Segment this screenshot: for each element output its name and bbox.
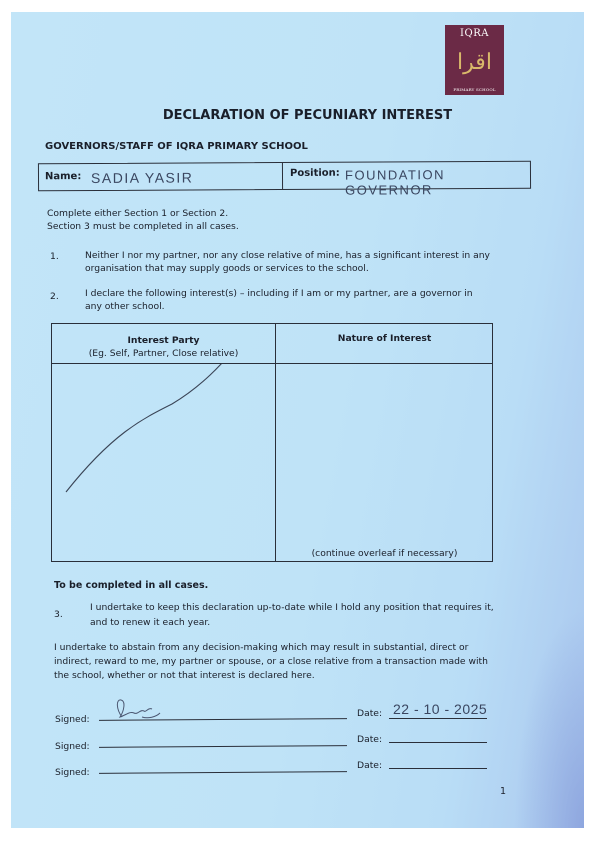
- date-field-1[interactable]: 22 - 10 - 2025: [393, 701, 487, 717]
- section-2-text-line2: any other school.: [85, 301, 165, 314]
- section-2-number: 2.: [50, 291, 59, 304]
- logo-arabic-text: اقرا: [457, 52, 492, 74]
- strike-through-line-icon: [52, 364, 274, 561]
- undertaking-line1: I undertake to abstain from any decision…: [54, 642, 468, 655]
- name-label: Name:: [45, 171, 81, 182]
- position-field[interactable]: FOUNDATION GOVERNOR: [345, 167, 530, 198]
- signed-label-2: Signed:: [55, 741, 90, 752]
- signed-label-3: Signed:: [55, 767, 90, 778]
- signature-field-1[interactable]: [112, 697, 172, 721]
- section-3-text-line2: and to renew it each year.: [90, 617, 210, 630]
- all-cases-heading: To be completed in all cases.: [54, 580, 208, 591]
- section-1-number: 1.: [50, 251, 59, 264]
- table-header-interest-party: Interest Party: [52, 335, 275, 347]
- undertaking-line3: the school, whether or not that interest…: [54, 670, 315, 683]
- document-subtitle: GOVERNORS/STAFF OF IQRA PRIMARY SCHOOL: [45, 141, 308, 152]
- logo-text-iqra: IQRA: [460, 28, 489, 39]
- table-subheader-interest-party: (Eg. Self, Partner, Close relative): [52, 348, 275, 360]
- name-box-divider: [282, 163, 283, 189]
- signed-label-1: Signed:: [55, 714, 90, 725]
- interest-party-cell[interactable]: [52, 364, 274, 561]
- section-3-number: 3.: [54, 609, 63, 622]
- undertaking-line2: indirect, reward to me, my partner or sp…: [54, 656, 488, 669]
- date-label-1: Date:: [357, 708, 382, 719]
- name-position-box: Name: SADIA YASIR Position: FOUNDATION G…: [38, 161, 531, 192]
- date-line-3[interactable]: [389, 768, 487, 769]
- section-1-text-line2: organisation that may supply goods or se…: [85, 263, 369, 276]
- document-title: DECLARATION OF PECUNIARY INTEREST: [0, 108, 595, 123]
- handwritten-signature-icon: [112, 697, 172, 721]
- date-line-2[interactable]: [389, 742, 487, 743]
- date-label-3: Date:: [357, 760, 382, 771]
- interest-table: Interest Party (Eg. Self, Partner, Close…: [51, 323, 493, 562]
- section-1-text-line1: Neither I nor my partner, nor any close …: [85, 250, 490, 263]
- section-3-text-line1: I undertake to keep this declaration up-…: [90, 602, 494, 615]
- instruction-1: Complete either Section 1 or Section 2.: [47, 208, 228, 221]
- position-label: Position:: [290, 168, 340, 179]
- name-field[interactable]: SADIA YASIR: [91, 169, 193, 186]
- instruction-2: Section 3 must be completed in all cases…: [47, 221, 239, 234]
- date-label-2: Date:: [357, 734, 382, 745]
- logo-text-primary-school: PRIMARY SCHOOL: [453, 87, 495, 92]
- date-line-1: [389, 718, 487, 719]
- table-footer-note: (continue overleaf if necessary): [275, 548, 494, 560]
- table-header-nature-of-interest: Nature of Interest: [275, 333, 494, 345]
- page-number: 1: [500, 786, 506, 797]
- school-logo: IQRA اقرا PRIMARY SCHOOL: [445, 25, 504, 95]
- section-2-text-line1: I declare the following interest(s) – in…: [85, 288, 473, 301]
- nature-of-interest-cell[interactable]: [276, 364, 492, 561]
